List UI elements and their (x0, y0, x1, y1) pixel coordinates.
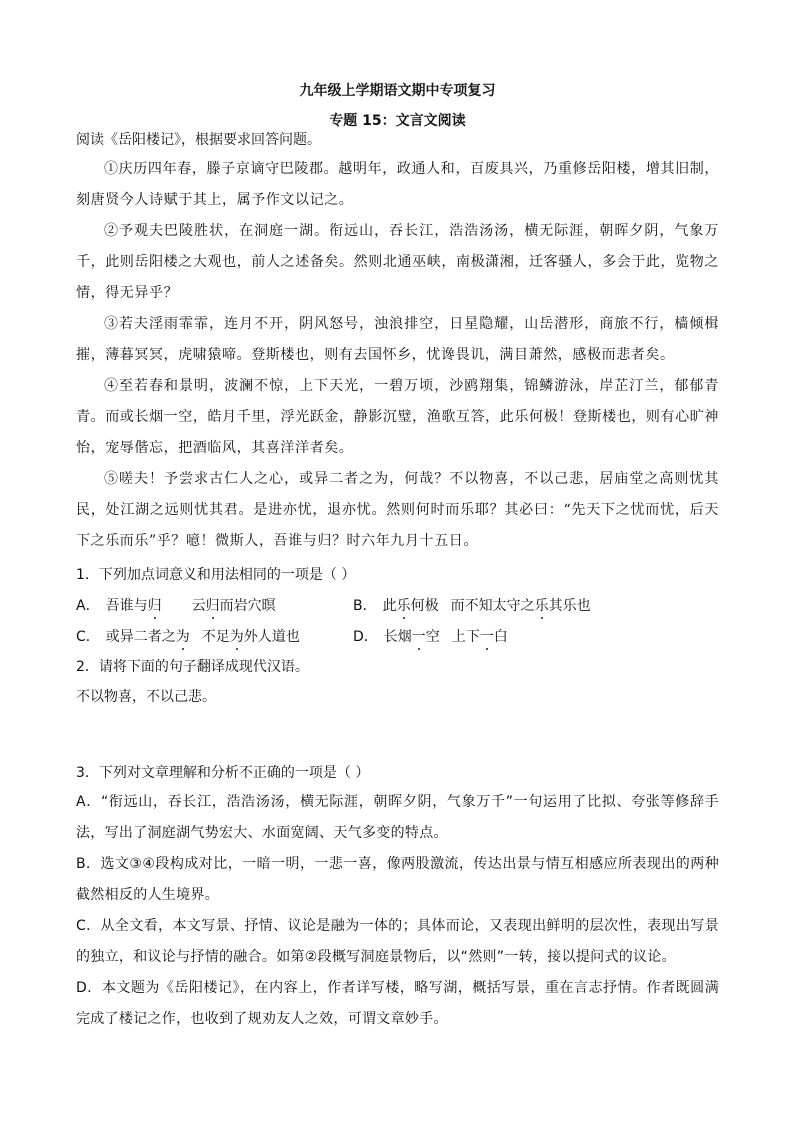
question-1-stem: 1．下列加点词意义和用法相同的一项是（ ） (76, 565, 719, 585)
answer-space (76, 707, 719, 753)
emphasis-dot-word: 归 (206, 598, 220, 614)
classical-passage: ①庆历四年春，滕子京谪守巴陵郡。越明年，政通人和，百废具兴，乃重修岳阳楼，增其旧… (76, 154, 719, 557)
question-3-option-c: C．从全文看，本文写景、抒情、议论是融为一体的；具体而论，又表现出鲜明的层次性，… (76, 911, 719, 973)
question-3: 3．下列对文章理解和分析不正确的一项是（ ） A．“衔远山，吞长江，浩浩汤汤，横… (76, 763, 719, 1035)
question-2-stem: 2．请将下面的句子翻译成现代汉语。 (76, 657, 719, 677)
question-3-option-a: A．“衔远山，吞长江，浩浩汤汤，横无际涯，朝晖夕阴，气象万千”一句运用了比拟、夸… (76, 787, 719, 849)
question-1-option-a: A．吾谁与归云归而岩穴暝 (76, 596, 353, 616)
reading-instruction: 阅读《岳阳楼记》，根据要求回答问题。 (76, 130, 719, 150)
emphasis-dot-word: 为 (176, 629, 190, 645)
question-1-options-row-2: C．或异二者之为不足为外人道也 D．长烟一空上下一白 (76, 627, 719, 647)
passage-paragraph-3: ③若夫淫雨霏霏，连月不开，阴风怒号，浊浪排空，日星隐耀，山岳潜形，商旅不行，樯倾… (76, 309, 719, 371)
document-subtitle: 专题 15：文言文阅读 (76, 112, 719, 130)
question-1-option-b: B．此乐何极而不知太守之乐其乐也 (353, 596, 630, 616)
document-title: 九年级上学期语文期中专项复习 (76, 82, 719, 100)
question-1-option-c: C．或异二者之为不足为外人道也 (76, 627, 353, 647)
question-3-stem: 3．下列对文章理解和分析不正确的一项是（ ） (76, 763, 719, 783)
passage-paragraph-5: ⑤嗟夫！予尝求古仁人之心，或异二者之为，何哉？不以物喜，不以己悲，居庙堂之高则忧… (76, 464, 719, 557)
passage-paragraph-1: ①庆历四年春，滕子京谪守巴陵郡。越明年，政通人和，百废具兴，乃重修岳阳楼，增其旧… (76, 154, 719, 216)
emphasis-dot-word: 为 (230, 629, 244, 645)
question-2-sentence: 不以物喜，不以己悲。 (76, 687, 719, 707)
question-1-option-d: D．长烟一空上下一白 (353, 627, 630, 647)
passage-paragraph-4: ④至若春和景明，波澜不惊，上下天光，一碧万顷，沙鸥翔集，锦鳞游泳，岸芷汀兰，郁郁… (76, 371, 719, 464)
question-3-option-d: D．本文题为《岳阳楼记》，在内容上，作者详写楼，略写湖，概括写景，重在言志抒情。… (76, 973, 719, 1035)
document-page: 九年级上学期语文期中专项复习 专题 15：文言文阅读 阅读《岳阳楼记》，根据要求… (76, 82, 719, 1035)
question-1-options-row-1: A．吾谁与归云归而岩穴暝 B．此乐何极而不知太守之乐其乐也 (76, 596, 719, 616)
question-1: 1．下列加点词意义和用法相同的一项是（ ） A．吾谁与归云归而岩穴暝 B．此乐何… (76, 565, 719, 647)
emphasis-dot-word: 一 (480, 629, 494, 645)
emphasis-dot-word: 乐 (535, 598, 549, 614)
emphasis-dot-word: 乐 (397, 598, 411, 614)
question-3-option-b: B．选文③④段构成对比，一暗一明，一悲一喜，像两股激流，传达出景与情互相感应所表… (76, 849, 719, 911)
question-2: 2．请将下面的句子翻译成现代汉语。 不以物喜，不以己悲。 (76, 657, 719, 753)
emphasis-dot-word: 一 (412, 629, 426, 645)
emphasis-dot-word: 归 (148, 598, 162, 614)
passage-paragraph-2: ②予观夫巴陵胜状，在洞庭一湖。衔远山，吞长江，浩浩汤汤，横无际涯，朝晖夕阴，气象… (76, 216, 719, 309)
